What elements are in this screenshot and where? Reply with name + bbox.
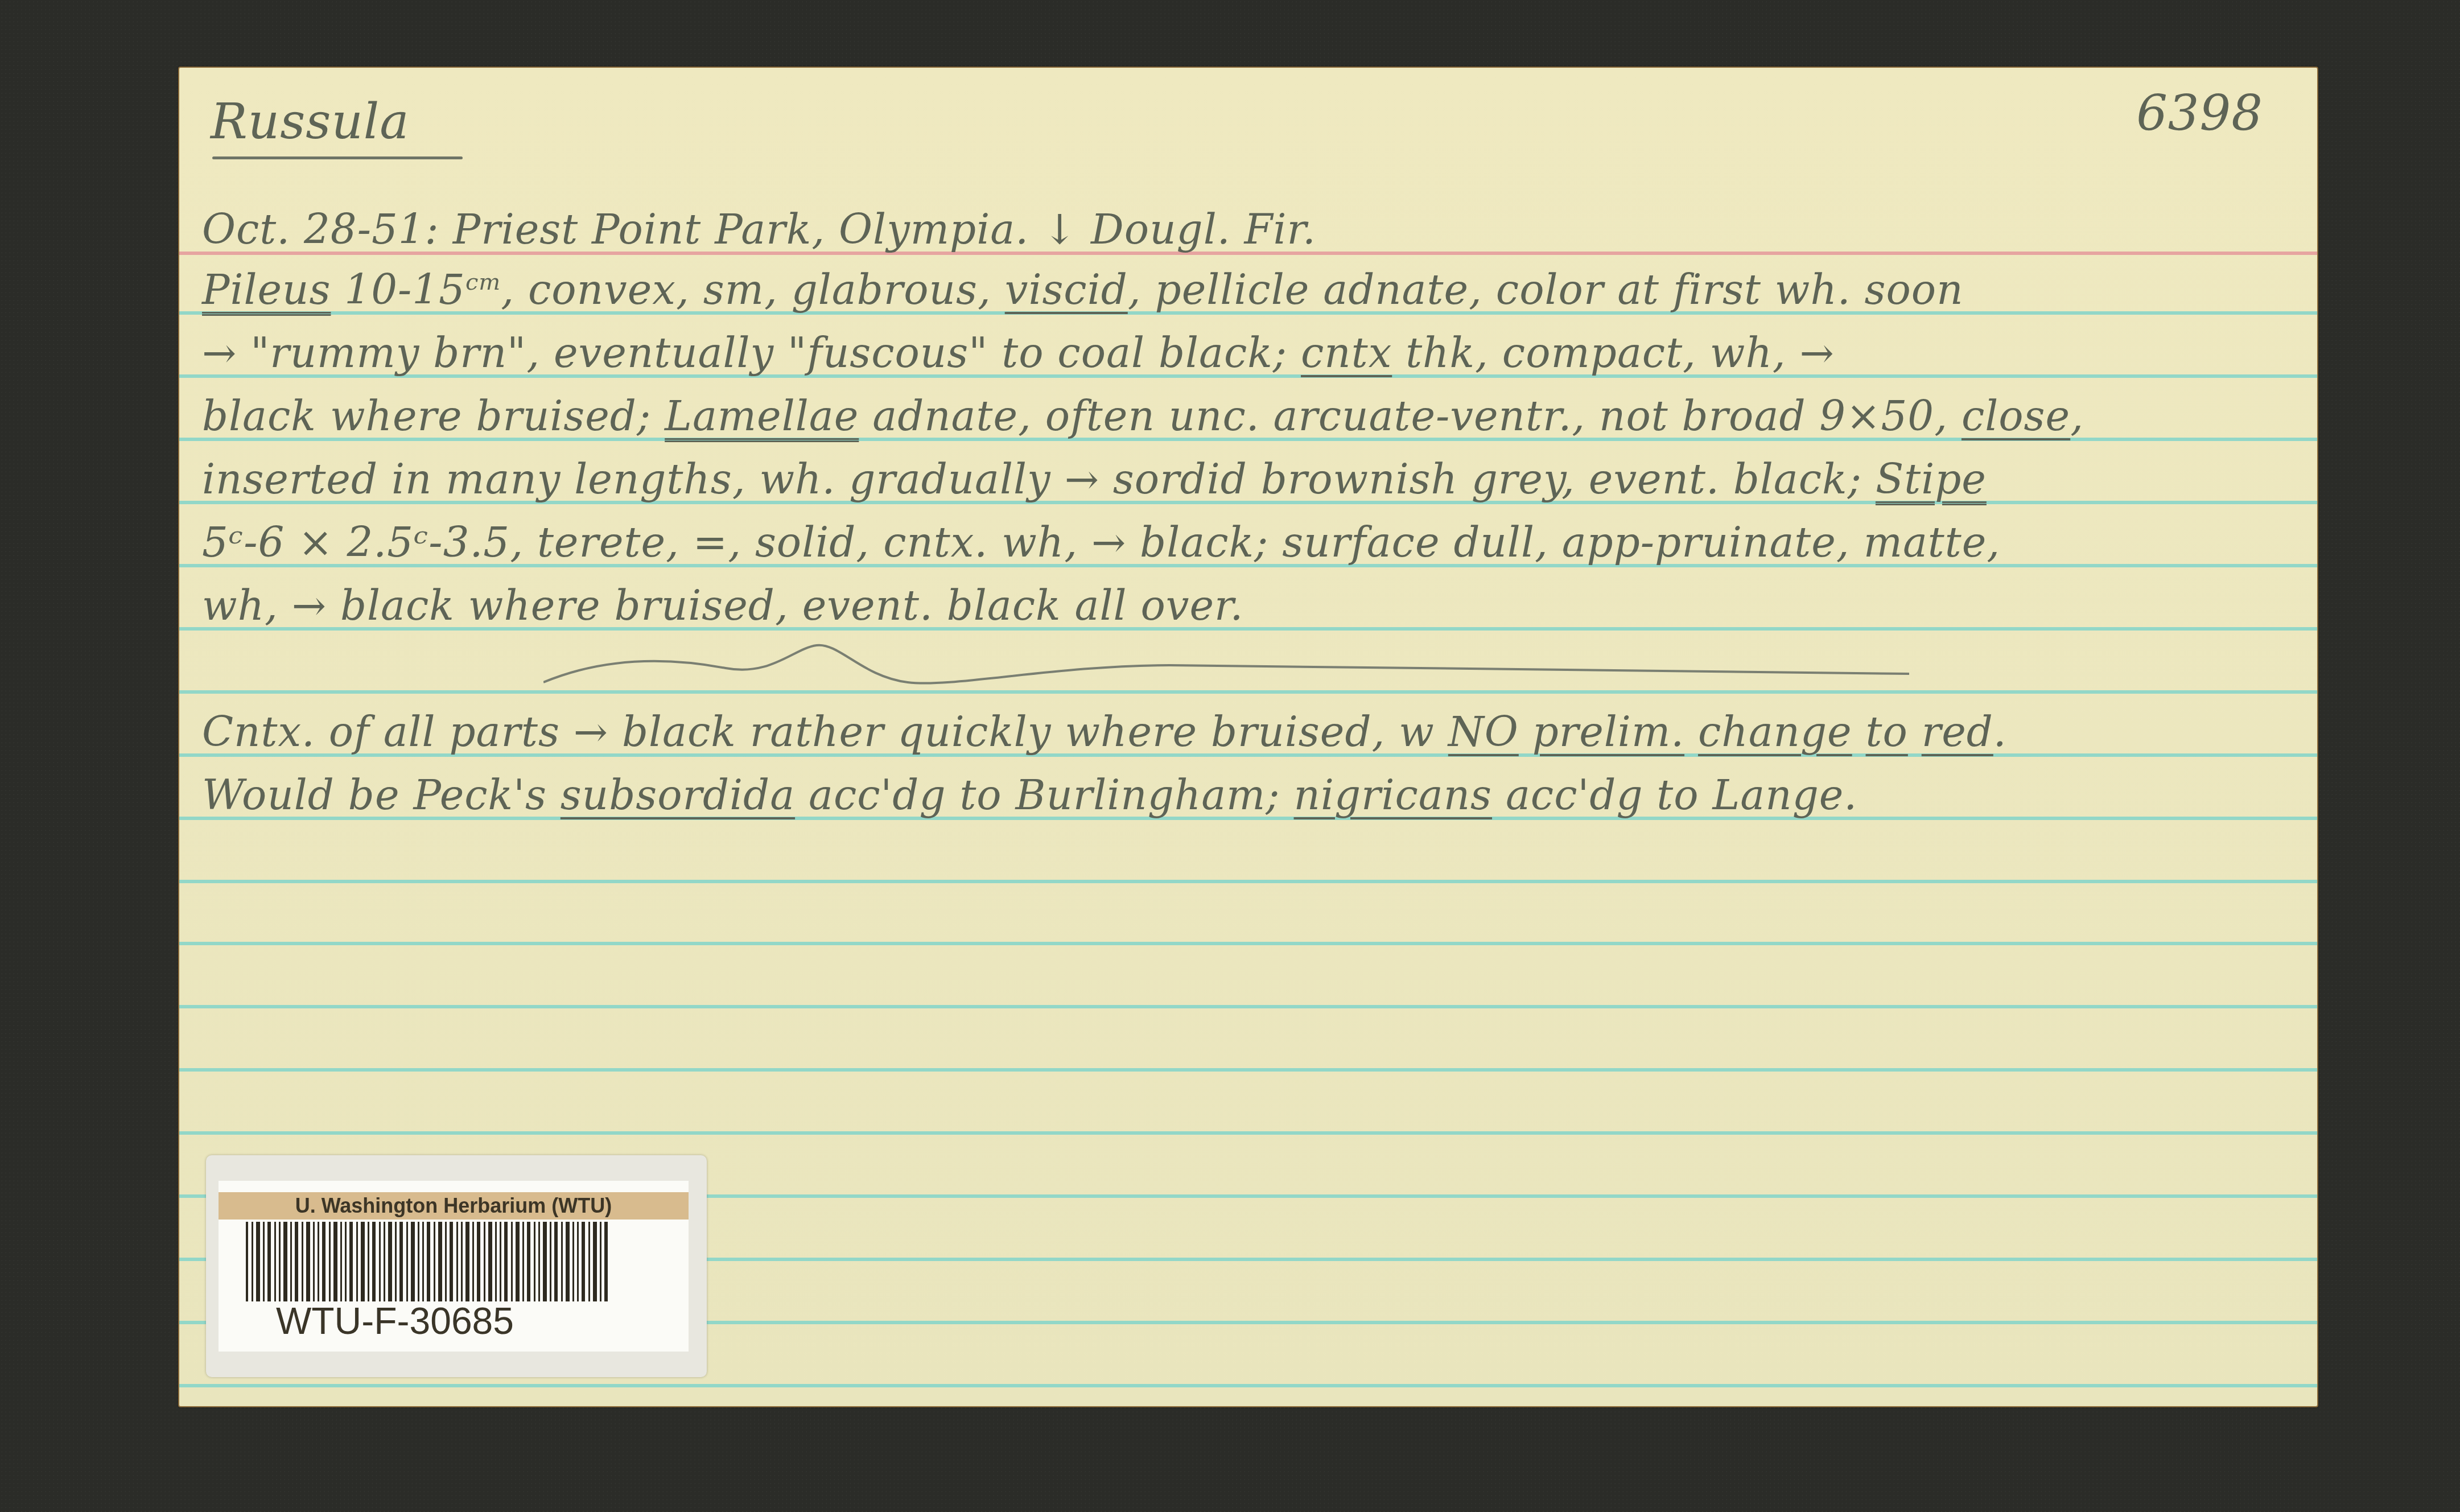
space (1908, 708, 1922, 756)
genus-heading: Russula (211, 93, 410, 150)
lamellae-desc-cont: inserted in many lengths, wh. gradually … (202, 455, 1876, 503)
blue-rule (179, 942, 2317, 945)
blue-rule (179, 1005, 2317, 1008)
collection-line: Oct. 28-51: Priest Point Park, Olympia. … (202, 205, 1316, 253)
notes-text-a: Cntx. of all parts → black rather quickl… (202, 708, 1448, 756)
collection-info: Oct. 28-51: Priest Point Park, Olympia. … (202, 205, 1316, 253)
context-keyword: cntx (1301, 329, 1392, 377)
lamellae-desc: adnate, often unc. arcuate-ventr., not b… (859, 392, 1962, 440)
space (1684, 708, 1698, 756)
description-line-3: → "rummy brn", eventually "fuscous" to c… (202, 329, 1835, 377)
notes-text-b: Would be Peck's (202, 771, 561, 819)
barcode-label: U. Washington Herbarium (WTU) (219, 1181, 689, 1352)
blue-rule (179, 1068, 2317, 1072)
red-word: red (1922, 708, 1993, 756)
notes-line-2: Would be Peck's subsordida acc'dg to Bur… (202, 771, 1857, 819)
comma: , (2070, 392, 2084, 440)
description-line-2: Pileus 10-15cm, convex, sm, glabrous, vi… (202, 266, 1964, 314)
wavy-underline (543, 642, 1909, 694)
barcode-label-mount: U. Washington Herbarium (WTU) (206, 1155, 707, 1377)
space (1852, 708, 1866, 756)
prelim-word: prelim. (1532, 708, 1684, 756)
blue-rule (179, 1131, 2317, 1135)
specimen-barcode-id: WTU-F-30685 (219, 1299, 571, 1342)
institution-name: U. Washington Herbarium (WTU) (219, 1192, 689, 1220)
stipe-desc-cont: wh, → black where bruised, event. black … (202, 582, 1243, 629)
color-change-text: → "rummy brn", eventually "fuscous" to c… (202, 329, 1301, 377)
barcode-icon (246, 1222, 633, 1301)
description-line-4: black where bruised; Lamellae adnate, of… (202, 392, 2084, 440)
pileus-desc-b: , pellicle adnate, color at first wh. so… (1128, 266, 1964, 314)
notes-line-1: Cntx. of all parts → black rather quickl… (202, 708, 2007, 756)
unit-superscript: cm (465, 269, 501, 295)
to-word: to (1866, 708, 1908, 756)
catalog-number: 6398 (2136, 85, 2263, 142)
lange-ref: acc'dg to Lange. (1492, 771, 1857, 819)
viscid-word: viscid (1005, 266, 1128, 314)
blue-rule (179, 880, 2317, 883)
lamellae-keyword: Lamellae (665, 392, 859, 440)
no-word: NO (1448, 708, 1519, 756)
burlingham-ref: acc'dg to Burlingham; (795, 771, 1293, 819)
description-line-7: wh, → black where bruised, event. black … (202, 582, 1243, 629)
species-subsordida: subsordida (561, 771, 795, 819)
stipe-keyword: Stipe (1876, 455, 1987, 503)
description-line-6: 5ᶜ-6 × 2.5ᶜ-3.5, terete, =, solid, cntx.… (202, 518, 2000, 566)
change-word: change (1698, 708, 1852, 756)
space (1519, 708, 1532, 756)
blue-rule (179, 1384, 2317, 1387)
stipe-desc: 5ᶜ-6 × 2.5ᶜ-3.5, terete, =, solid, cntx.… (202, 518, 2000, 566)
pileus-size: 10-15 (331, 266, 465, 314)
species-nigricans: nigricans (1294, 771, 1493, 819)
context-desc: thk, compact, wh, → (1392, 329, 1835, 377)
genus-underline (212, 156, 463, 159)
bruise-text: black where bruised; (202, 392, 665, 440)
description-line-5: inserted in many lengths, wh. gradually … (202, 455, 1987, 503)
pileus-keyword: Pileus (202, 266, 331, 314)
period: . (1993, 708, 2007, 756)
pileus-desc-a: , convex, sm, glabrous, (501, 266, 1004, 314)
close-word: close (1962, 392, 2070, 440)
